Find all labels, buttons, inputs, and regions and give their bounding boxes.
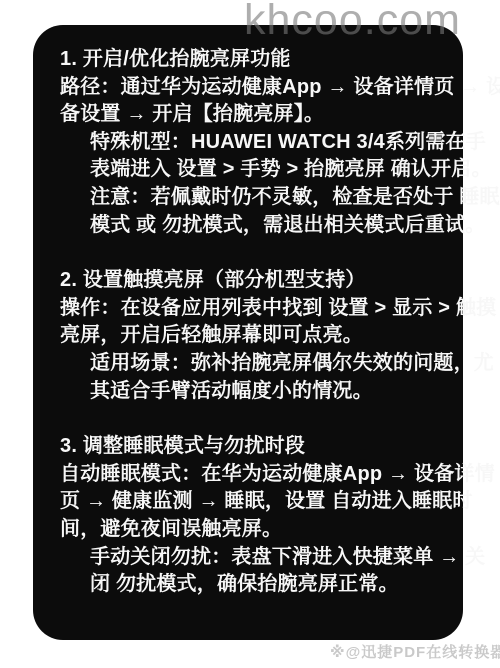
text-line: 模式 或 勿扰模式，需退出相关模式后重试。	[60, 212, 447, 240]
text-line: 表端进入 设置 > 手势 > 抬腕亮屏 确认开启。	[60, 156, 447, 184]
text-line: 特殊机型：HUAWEI WATCH 3/4系列需在手	[60, 129, 447, 157]
watermark-pdf-converter: ※@迅捷PDF在线转换器	[330, 641, 500, 662]
instruction-card: 1. 开启/优化抬腕亮屏功能路径：通过华为运动健康App → 设备详情页 → 设…	[33, 25, 463, 640]
text-line: 闭 勿扰模式，确保抬腕亮屏正常。	[60, 571, 447, 599]
card-content: 1. 开启/优化抬腕亮屏功能路径：通过华为运动健康App → 设备详情页 → 设…	[60, 46, 447, 599]
text-line: 其适合手臂活动幅度小的情况。	[60, 378, 447, 406]
text-line: 备设置 → 开启【抬腕亮屏】。	[60, 101, 447, 129]
text-line: 自动睡眠模式：在华为运动健康App → 设备详情	[60, 461, 447, 489]
text-line: 间，避免夜间误触亮屏。	[60, 516, 447, 544]
section-heading: 3. 调整睡眠模式与勿扰时段	[60, 433, 447, 461]
text-line: 路径：通过华为运动健康App → 设备详情页 → 设	[60, 74, 447, 102]
text-line: 手动关闭勿扰：表盘下滑进入快捷菜单 → 关	[60, 544, 447, 572]
text-line: 亮屏，开启后轻触屏幕即可点亮。	[60, 322, 447, 350]
section-1: 1. 开启/优化抬腕亮屏功能路径：通过华为运动健康App → 设备详情页 → 设…	[60, 46, 447, 239]
text-line: 注意：若佩戴时仍不灵敏，检查是否处于 睡眠	[60, 184, 447, 212]
section-heading: 1. 开启/优化抬腕亮屏功能	[60, 46, 447, 74]
section-2: 2. 设置触摸亮屏（部分机型支持）操作：在设备应用列表中找到 设置 > 显示 >…	[60, 267, 447, 405]
text-line: 适用场景：弥补抬腕亮屏偶尔失效的问题，尤	[60, 350, 447, 378]
text-line: 页 → 健康监测 → 睡眠，设置 自动进入睡眠时	[60, 488, 447, 516]
text-line: 操作：在设备应用列表中找到 设置 > 显示 > 触摸	[60, 295, 447, 323]
section-3: 3. 调整睡眠模式与勿扰时段自动睡眠模式：在华为运动健康App → 设备详情页 …	[60, 433, 447, 599]
section-heading: 2. 设置触摸亮屏（部分机型支持）	[60, 267, 447, 295]
